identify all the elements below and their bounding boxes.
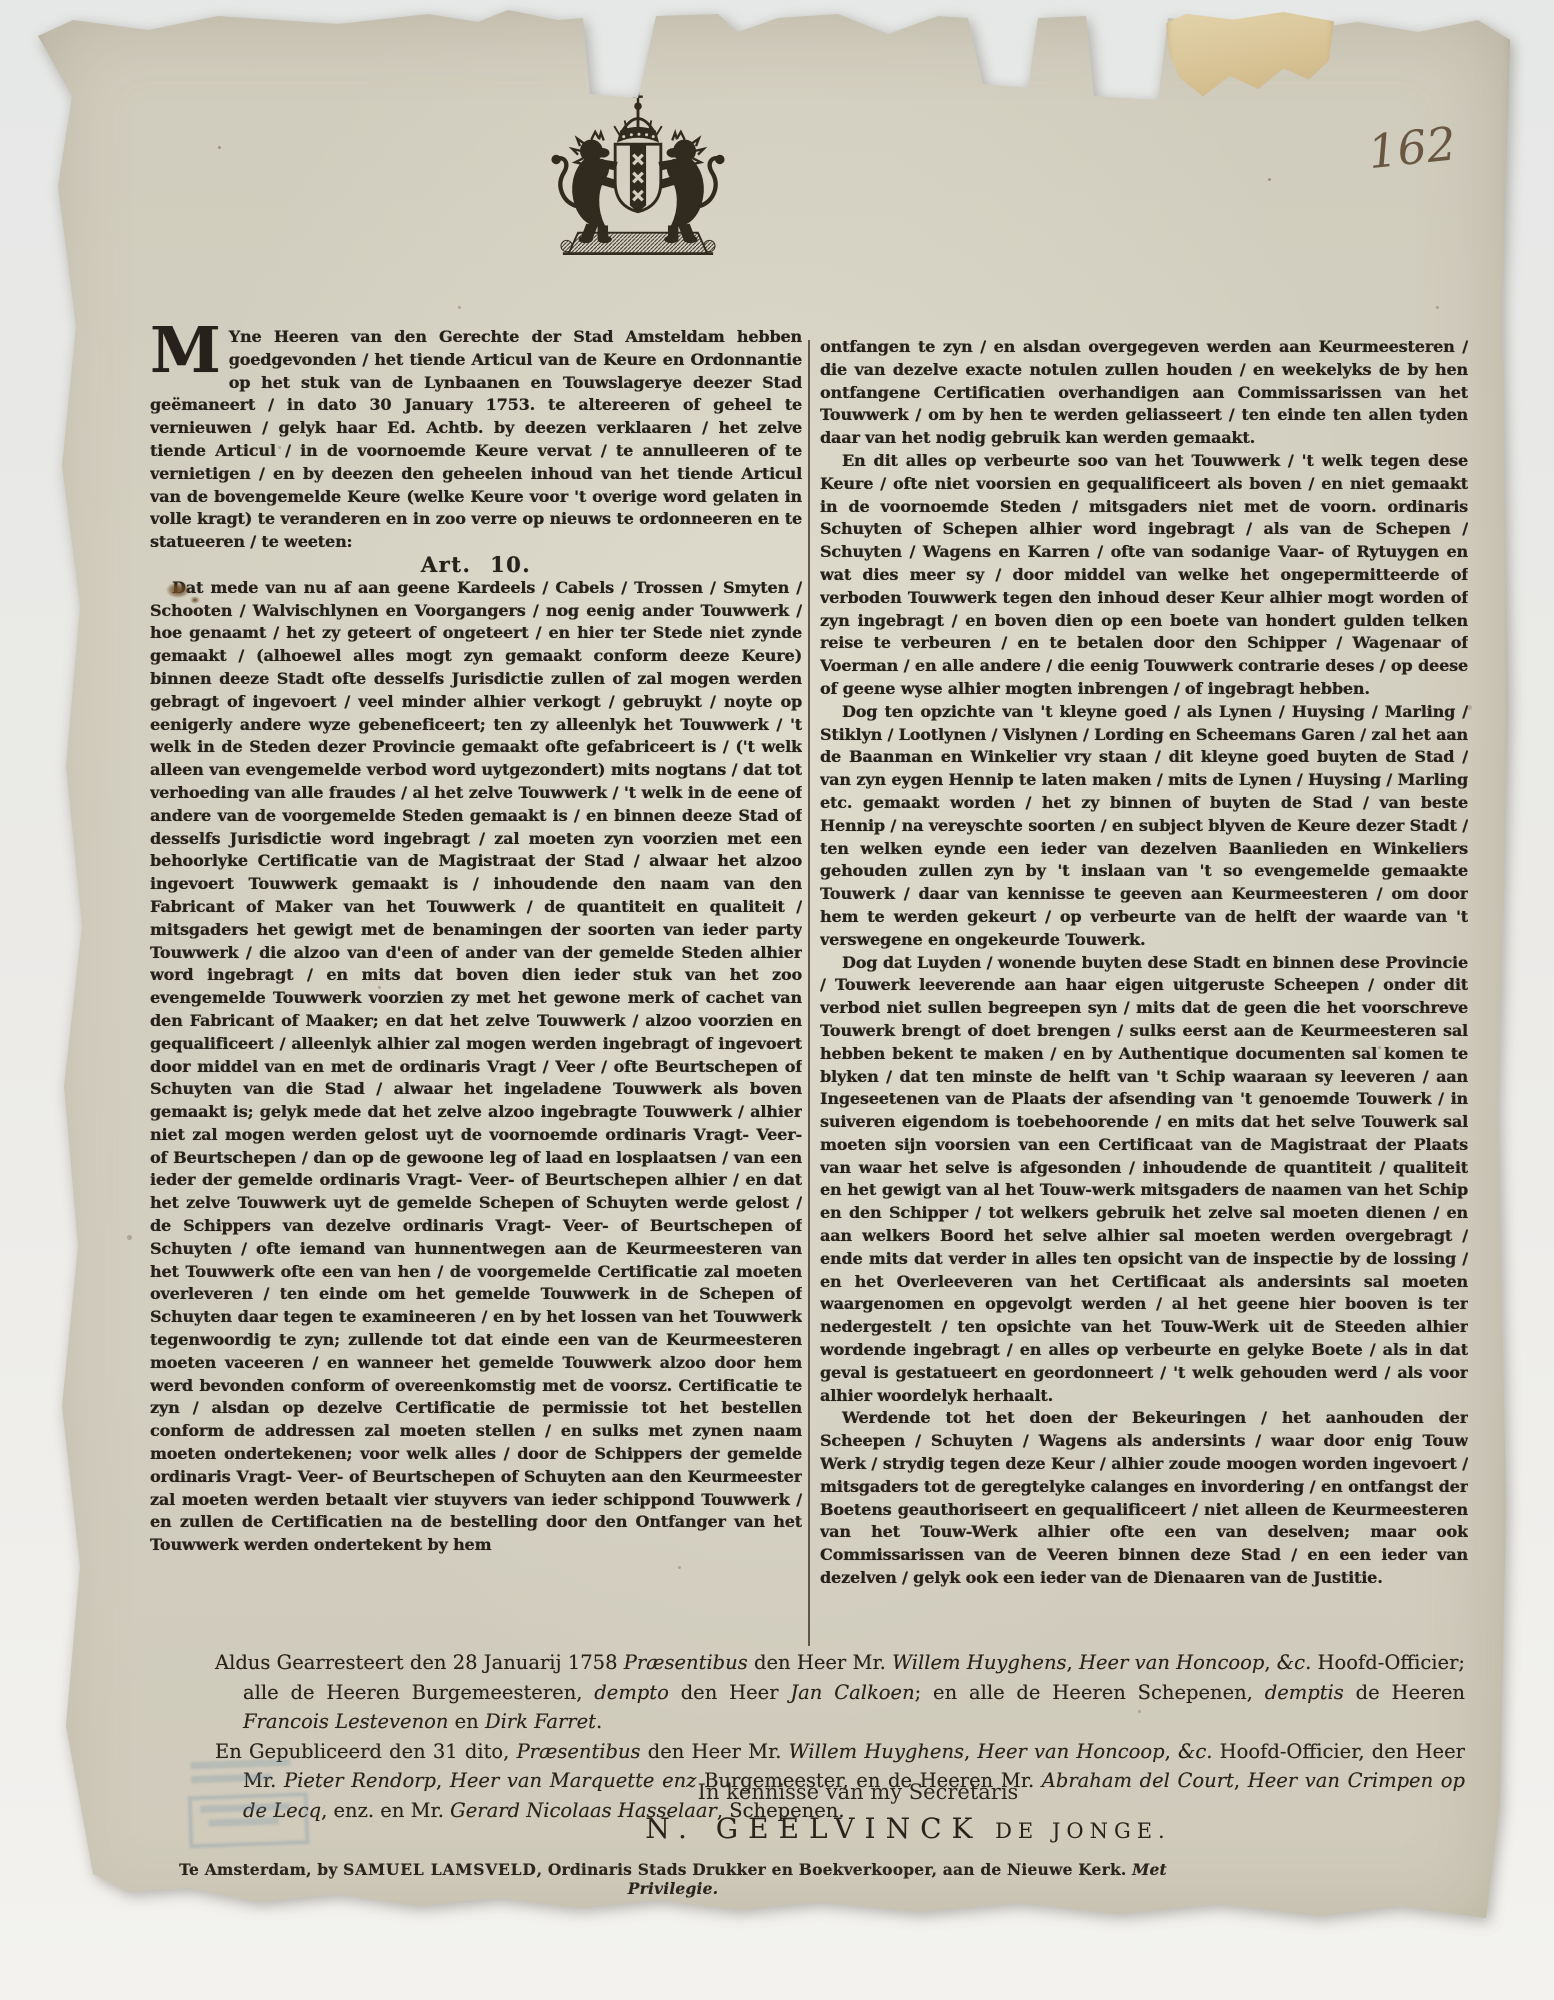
- article-heading: Art. 10.: [150, 554, 802, 577]
- amsterdam-coat-of-arms-image: [528, 90, 748, 266]
- text-segment: Francois Lestevenon: [243, 1710, 448, 1733]
- ink-stain-small: [190, 596, 200, 604]
- left-text-column: MYne Heeren van den Gerechte der Stad Am…: [150, 326, 802, 1557]
- ink-stain: [166, 582, 190, 598]
- secretary-signature: N. GEELVINCK de Jonge.: [508, 1812, 1308, 1845]
- lion-left: [552, 132, 617, 243]
- text-segment: Te Amsterdam, by: [179, 1860, 343, 1879]
- text-segment: en: [448, 1710, 485, 1733]
- text-segment: Præsentibus: [624, 1651, 748, 1674]
- text-segment: &c.: [1277, 1651, 1311, 1674]
- text-segment: .: [596, 1710, 602, 1733]
- text-segment: ,: [436, 1769, 450, 1792]
- paper-shadow-wrap: 162 MYne Heeren van den Gerechte der Sta…: [0, 0, 1554, 2000]
- text-segment: ,: [1067, 1651, 1079, 1674]
- secretary-name-main: N. GEELVINCK: [645, 1812, 982, 1845]
- scan-background: 162 MYne Heeren van den Gerechte der Sta…: [0, 0, 1554, 2000]
- text-segment: demptis: [1265, 1681, 1344, 1704]
- text-segment: &c.: [1178, 1740, 1212, 1763]
- text-segment: den Heer: [669, 1681, 790, 1704]
- intro-paragraph: MYne Heeren van den Gerechte der Stad Am…: [150, 326, 802, 554]
- text-segment: ,: [1234, 1769, 1248, 1792]
- text-segment: ,: [1165, 1740, 1178, 1763]
- archive-stamp: [178, 1753, 331, 1854]
- text-segment: Willem Huyghens: [789, 1740, 964, 1763]
- text-segment: den Heer Mr.: [641, 1740, 789, 1763]
- text-segment: Heer van Honcoop: [1079, 1651, 1264, 1674]
- intro-text: Yne Heeren van den Gerechte der Stad Ams…: [150, 327, 802, 551]
- paper-specks: [38, 6, 41, 9]
- text-segment: Willem Huyghens: [892, 1651, 1066, 1674]
- text-segment: Jan Calkoen: [790, 1681, 914, 1704]
- text-segment: Dirk Farret: [485, 1710, 596, 1733]
- text-segment: , enz. en Mr.: [321, 1799, 450, 1822]
- right-paragraph-4: Dog dat Luyden / wonende buyten dese Sta…: [820, 952, 1468, 1408]
- text-segment: Aldus Gearresteert den 28 Januarij 1758: [215, 1651, 624, 1674]
- stamp-line: [191, 1759, 291, 1769]
- text-segment: , Ordinaris Stads Drukker en Boekverkoop…: [537, 1860, 1133, 1879]
- stamp-line: [191, 1773, 271, 1783]
- text-segment: dempto: [594, 1681, 669, 1704]
- right-paragraph-2: En dit alles op verbeurte soo van het To…: [820, 450, 1468, 701]
- printer-imprint-line: Te Amsterdam, by SAMUEL LAMSVELD, Ordina…: [178, 1860, 1168, 1898]
- article-body-left: Dat mede van nu af aan geene Kardeels / …: [150, 577, 802, 1557]
- secretary-attestation-line: In kennisse van my Secretaris: [538, 1780, 1178, 1804]
- drop-cap: M: [150, 326, 229, 374]
- right-paragraph-5: Werdende tot het doen der Bekeuringen / …: [820, 1407, 1468, 1589]
- arrest-paragraph: Aldus Gearresteert den 28 Januarij 1758 …: [113, 1648, 1465, 1737]
- handwritten-folio-number: 162: [1366, 111, 1511, 179]
- right-paragraph-3: Dog ten opzichte van 't kleyne goed / al…: [820, 701, 1468, 952]
- text-segment: de Heeren: [1344, 1681, 1465, 1704]
- text-segment: ,: [964, 1740, 977, 1763]
- right-text-column: ontfangen te zyn / en alsdan overgegeven…: [820, 336, 1468, 1590]
- column-divider-rule: [808, 340, 810, 1646]
- text-segment: SAMUEL LAMSVELD: [343, 1860, 536, 1879]
- text-segment: den Heer Mr.: [748, 1651, 892, 1674]
- text-segment: Heer van Honcoop: [977, 1740, 1164, 1763]
- right-paragraph-1: ontfangen te zyn / en alsdan overgegeven…: [820, 336, 1468, 450]
- text-segment: ; en alle de Heeren Schepenen,: [915, 1681, 1265, 1704]
- secretary-name-suffix: de Jonge.: [982, 1819, 1170, 1843]
- document-paper: 162 MYne Heeren van den Gerechte der Sta…: [38, 6, 1510, 1942]
- text-segment: ,: [1264, 1651, 1276, 1674]
- lion-right: [659, 132, 724, 243]
- text-segment: Præsentibus: [517, 1740, 641, 1763]
